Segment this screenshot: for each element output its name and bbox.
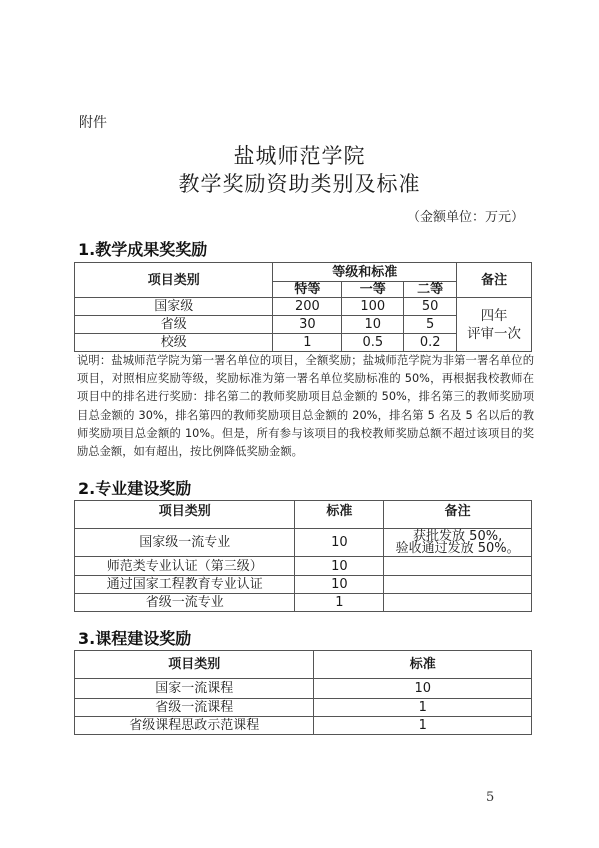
cell-standard: 10 xyxy=(295,576,384,594)
remark-cell: 四年 评审一次 xyxy=(457,298,532,352)
cell-standard: 10 xyxy=(295,529,384,557)
teaching-achievement-table: 项目类别 等级和标准 备注 特等 一等 二等 国家级 200 100 50 四年… xyxy=(74,262,532,352)
col-header-category: 项目类别 xyxy=(75,501,295,529)
table-row: 省级课程思政示范课程 1 xyxy=(75,717,532,735)
attachment-label: 附件 xyxy=(79,112,107,132)
section2-heading: 2.专业建设奖励 xyxy=(78,476,191,499)
section1-heading: 1.教学成果奖奖励 xyxy=(78,237,207,260)
row-category: 国家级一流专业 xyxy=(75,529,295,557)
cell-standard: 1 xyxy=(314,717,532,735)
cell-standard: 10 xyxy=(295,557,384,576)
cell-value: 30 xyxy=(273,316,342,334)
table-row: 师范类专业认证（第三级） 10 xyxy=(75,557,532,576)
cell-value: 0.2 xyxy=(404,334,457,352)
col-header-grade-first: 一等 xyxy=(342,282,404,298)
row-category: 通过国家工程教育专业认证 xyxy=(75,576,295,594)
row-category: 省级 xyxy=(75,316,273,334)
col-header-grade-second: 二等 xyxy=(404,282,457,298)
page-number: 5 xyxy=(486,790,494,805)
cell-value: 100 xyxy=(342,298,404,316)
table-row: 国家级 200 100 50 四年 评审一次 xyxy=(75,298,532,316)
section3-heading: 3.课程建设奖励 xyxy=(78,626,191,649)
remark-cell: 获批发放 50%, 验收通过发放 50%。 xyxy=(384,529,532,557)
remark-cell xyxy=(384,557,532,576)
table-row: 省级一流专业 1 xyxy=(75,594,532,612)
remark-line: 验收通过发放 50%。 xyxy=(384,543,531,555)
document-title: 盐城师范学院 xyxy=(0,140,599,170)
remark-cell xyxy=(384,576,532,594)
col-header-standard: 标准 xyxy=(314,651,532,679)
row-category: 国家级 xyxy=(75,298,273,316)
row-category: 师范类专业认证（第三级） xyxy=(75,557,295,576)
remark-cell xyxy=(384,594,532,612)
major-construction-table: 项目类别 标准 备注 国家级一流专业 10 获批发放 50%, 验收通过发放 5… xyxy=(74,500,532,612)
table-row: 国家级一流专业 10 获批发放 50%, 验收通过发放 50%。 xyxy=(75,529,532,557)
row-category: 省级课程思政示范课程 xyxy=(75,717,314,735)
remark-line: 四年 xyxy=(457,307,531,325)
row-category: 国家一流课程 xyxy=(75,679,314,699)
table-row: 国家一流课程 10 xyxy=(75,679,532,699)
cell-standard: 1 xyxy=(314,699,532,717)
table-row: 省级一流课程 1 xyxy=(75,699,532,717)
course-construction-table: 项目类别 标准 国家一流课程 10 省级一流课程 1 省级课程思政示范课程 1 xyxy=(74,650,532,735)
section1-note: 说明：盐城师范学院为第一署名单位的项目，全额奖励；盐城师范学院为非第一署名单位的… xyxy=(77,352,534,461)
table-row: 通过国家工程教育专业认证 10 xyxy=(75,576,532,594)
row-category: 省级一流专业 xyxy=(75,594,295,612)
col-header-remark: 备注 xyxy=(384,501,532,529)
row-category: 省级一流课程 xyxy=(75,699,314,717)
cell-value: 5 xyxy=(404,316,457,334)
cell-standard: 10 xyxy=(314,679,532,699)
remark-line: 评审一次 xyxy=(457,325,531,343)
col-header-standard: 标准 xyxy=(295,501,384,529)
col-header-category: 项目类别 xyxy=(75,263,273,298)
cell-value: 0.5 xyxy=(342,334,404,352)
col-header-grade-group: 等级和标准 xyxy=(273,263,457,282)
cell-standard: 1 xyxy=(295,594,384,612)
cell-value: 200 xyxy=(273,298,342,316)
cell-value: 50 xyxy=(404,298,457,316)
cell-value: 10 xyxy=(342,316,404,334)
col-header-category: 项目类别 xyxy=(75,651,314,679)
row-category: 校级 xyxy=(75,334,273,352)
col-header-grade-special: 特等 xyxy=(273,282,342,298)
col-header-remark: 备注 xyxy=(457,263,532,298)
unit-note: （金额单位：万元） xyxy=(407,206,524,225)
document-subtitle: 教学奖励资助类别及标准 xyxy=(0,168,599,198)
cell-value: 1 xyxy=(273,334,342,352)
